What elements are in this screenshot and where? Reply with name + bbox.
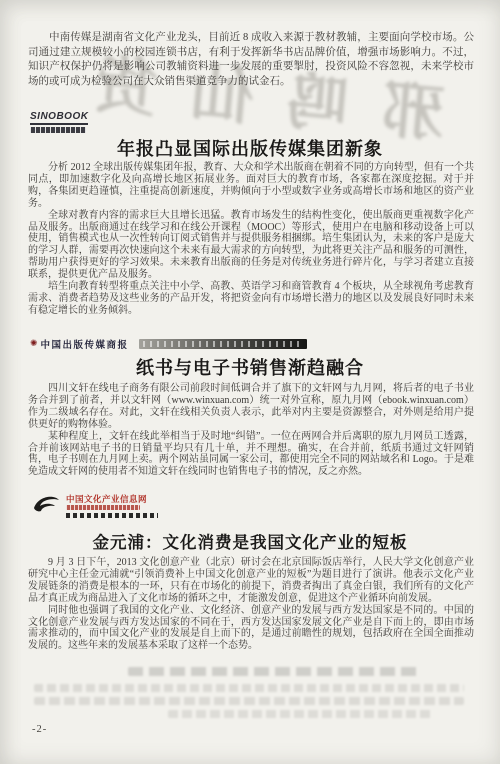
culture-industry-info-logo-text: 中国文化产业信息网 xyxy=(66,494,158,504)
intro-paragraph: 中南传媒是湖南省文化产业龙头，目前近 8 成收入来源于教材教辅，主要面向学校市场… xyxy=(28,31,474,89)
headline-culture-consumption: 金元浦：文化消费是我国文化产业的短板 xyxy=(0,529,500,553)
paragraph: 分析 2012 全球出版传媒集团年报，教育、大众和学术出版商在朝着不同的方向转型… xyxy=(28,162,474,210)
bleed-through-line xyxy=(128,667,418,676)
logo-url-bar xyxy=(66,505,140,510)
headline-annual-reports: 年报凸显国际出版传媒集团新象 xyxy=(0,135,500,161)
logo-dashed-rule xyxy=(66,513,158,518)
sinobook-logo-bar xyxy=(30,127,86,133)
bleed-through-line xyxy=(34,684,464,692)
bleed-through-line xyxy=(168,710,434,718)
publishing-media-journal-logo-text: 中国出版传媒商报 xyxy=(41,337,129,351)
headline-ebook-print-merge: 纸书与电子书销售渐趋融合 xyxy=(0,354,500,380)
sinobook-logo-text: SINOBOOK xyxy=(30,111,88,125)
paragraph: 某种程度上，文轩在线此举相当于及时地“纠错”。一位在两网合并后离职的原九月网员工… xyxy=(28,431,474,479)
section-annual-reports: 分析 2012 全球出版传媒集团年报，教育、大众和学术出版商在朝着不同的方向转型… xyxy=(28,162,474,317)
bleed-through-line xyxy=(34,697,464,705)
swoosh-icon xyxy=(32,494,62,514)
paragraph: 全球对教育内容的需求巨大且增长迅猛。教育市场发生的结构性变化，使出版商更重视数字… xyxy=(28,210,474,281)
section-ebook-print-merge: 四川文轩在线电子商务有限公司前段时间低调合并了旗下的文轩网与九月网，将后者的电子… xyxy=(28,383,474,478)
paragraph: 9 月 3 日下午，2013 文化创意产业（北京）研讨会在北京国际饭店举行，人民… xyxy=(28,557,474,605)
culture-industry-info-logo: 中国文化产业信息网 xyxy=(32,494,158,518)
logo-banner-bar xyxy=(139,339,307,349)
paragraph: 四川文轩在线电子商务有限公司前段时间低调合并了旗下的文轩网与九月网，将后者的电子… xyxy=(28,383,474,431)
star-knot-icon: ✺ xyxy=(30,340,38,349)
intro-paragraph-block: 中南传媒是湖南省文化产业龙头，目前近 8 成收入来源于教材教辅，主要面向学校市场… xyxy=(28,31,474,89)
scanned-page: 邪鸣仙货 中南传媒是湖南省文化产业龙头，目前近 8 成收入来源于教材教辅，主要面… xyxy=(0,0,500,764)
sinobook-logo: SINOBOOK xyxy=(30,106,100,133)
paragraph: 培生向教育转型将重点关注中小学、高教、英语学习和商管教育 4 个板块，从全球视角… xyxy=(28,281,474,317)
page-number: -2- xyxy=(32,724,47,735)
publishing-media-journal-logo: ✺ 中国出版传媒商报 xyxy=(30,337,307,351)
paragraph: 同时他也强调了我国的文化产业、文化经济、创意产业的发展与西方发达国家是不同的。中… xyxy=(28,605,474,653)
section-culture-consumption: 9 月 3 日下午，2013 文化创意产业（北京）研讨会在北京国际饭店举行，人民… xyxy=(28,557,474,652)
